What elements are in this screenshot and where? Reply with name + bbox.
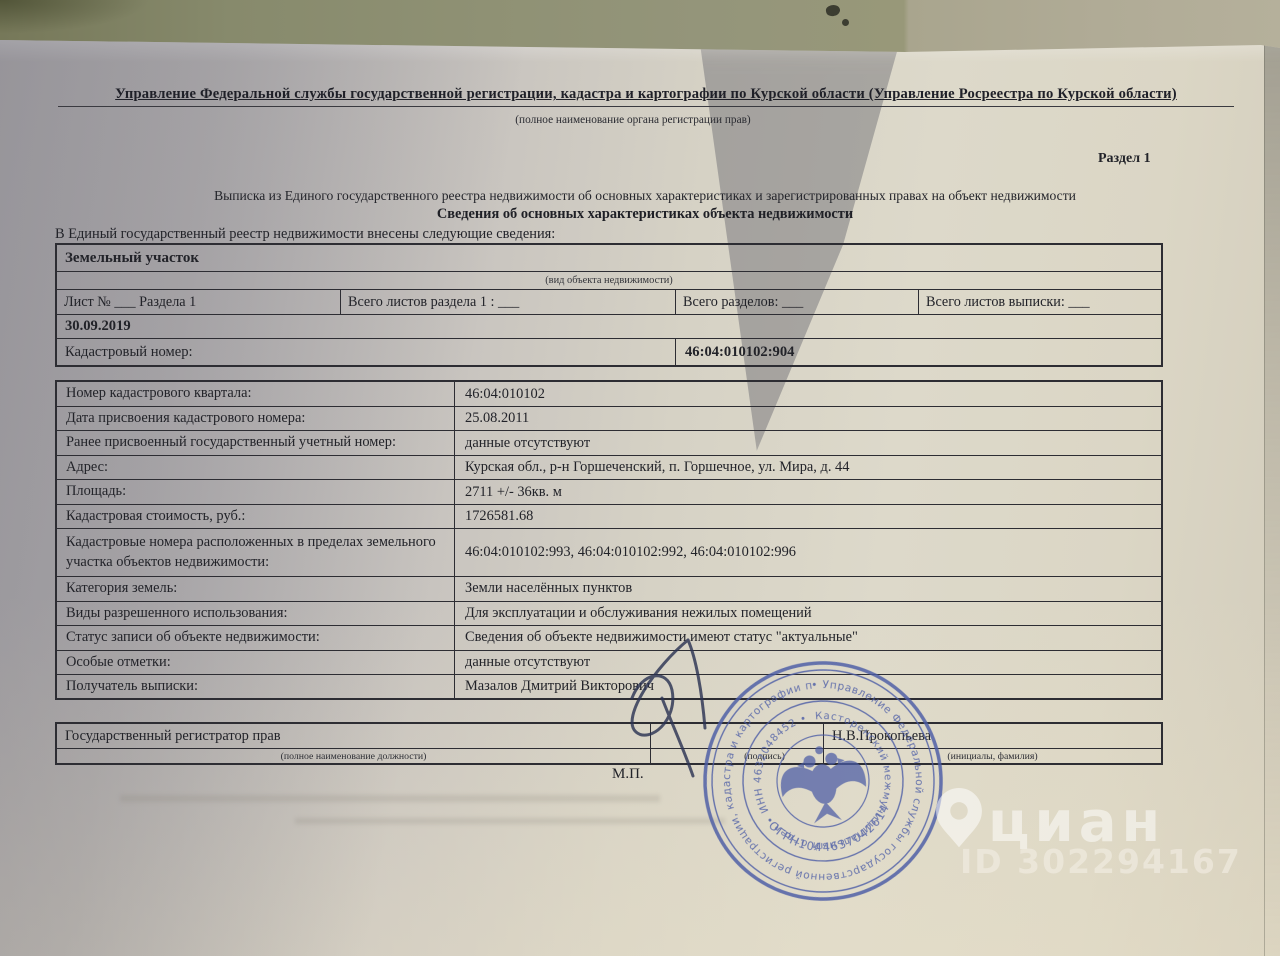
row-label: Дата присвоения кадастрового номера:: [57, 407, 454, 430]
registrar-position: Государственный регистратор прав: [57, 724, 650, 748]
table-row: Категория земель: Земли населённых пункт…: [57, 576, 1161, 600]
row-label: Особые отметки:: [57, 651, 454, 674]
cadastral-number-label: Кадастровый номер:: [57, 339, 675, 365]
row-value: 25.08.2011: [454, 407, 1161, 430]
total-sections-cell: Всего разделов: ___: [675, 290, 918, 314]
extract-title-line1: Выписка из Единого государственного реес…: [60, 188, 1230, 204]
row-label: Кадастровые номера расположенных в преде…: [57, 529, 454, 576]
table-row: Адрес: Курская обл., р-н Горшеченский, п…: [57, 455, 1161, 479]
sheets-in-section-cell: Всего листов раздела 1 : ___: [340, 290, 675, 314]
object-type-caption-cell: (вид объекта недвижимости): [57, 271, 1161, 289]
row-value: Для эксплуатации и обслуживания нежилых …: [454, 602, 1161, 625]
row-label: Статус записи об объекте недвижимости:: [57, 626, 454, 649]
row-label: Номер кадастрового квартала:: [57, 382, 454, 406]
stamp-outer-ring-text: • Управление Федеральной службы государс…: [682, 638, 936, 899]
object-type-cell: Земельный участок: [57, 245, 1161, 271]
row-value: данные отсутствуют: [454, 431, 1161, 454]
document-photo: Управление Федеральной службы государств…: [0, 0, 1280, 956]
table-row: Ранее присвоенный государственный учетны…: [57, 430, 1161, 454]
table-row: Номер кадастрового квартала: 46:04:01010…: [57, 382, 1161, 406]
page-right-edge: [1264, 40, 1280, 956]
table-row: Дата присвоения кадастрового номера: 25.…: [57, 406, 1161, 430]
cadastral-number-row: Кадастровый номер: 46:04:010102:904: [57, 338, 1161, 365]
ink-bleed-mark: [120, 795, 660, 802]
row-value: 1726581.68: [454, 505, 1161, 528]
intro-line: В Единый государственный реестр недвижим…: [55, 226, 555, 243]
extract-date-cell: 30.09.2019: [57, 314, 1161, 338]
total-sheets-cell: Всего листов выписки: ___: [918, 290, 1161, 314]
row-value: 2711 +/- 36кв. м: [454, 480, 1161, 503]
table-row: Кадастровые номера расположенных в преде…: [57, 528, 1161, 576]
row-value: Курская обл., р-н Горшеченский, п. Горше…: [454, 456, 1161, 479]
position-caption: (полное наименование должности): [57, 749, 650, 763]
cian-pin-icon: [936, 788, 982, 850]
row-label: Ранее присвоенный государственный учетны…: [57, 431, 454, 454]
registration-authority-title: Управление Федеральной службы государств…: [58, 86, 1234, 107]
row-label: Кадастровая стоимость, руб.:: [57, 505, 454, 528]
debris-speck: [825, 4, 841, 18]
sheet-number-cell: Лист № ___ Раздела 1: [57, 290, 340, 314]
object-summary-table: Земельный участок (вид объекта недвижимо…: [55, 243, 1163, 367]
row-label: Виды разрешенного использования:: [57, 602, 454, 625]
registration-authority-caption: (полное наименование органа регистрации …: [58, 114, 1208, 126]
row-label: Адрес:: [57, 456, 454, 479]
official-round-stamp: • Управление Федеральной службы государс…: [682, 638, 964, 925]
table-row: Площадь: 2711 +/- 36кв. м: [57, 479, 1161, 503]
row-label: Категория земель:: [57, 577, 454, 600]
row-label: Площадь:: [57, 480, 454, 503]
row-value: Земли населённых пунктов: [454, 577, 1161, 600]
row-value: 46:04:010102:993, 46:04:010102:992, 46:0…: [454, 529, 1161, 576]
document-page: Управление Федеральной службы государств…: [0, 0, 1280, 956]
ink-bleed-mark: [295, 818, 725, 824]
table-row: Кадастровая стоимость, руб.: 1726581.68: [57, 504, 1161, 528]
table-row: Виды разрешенного использования: Для экс…: [57, 601, 1161, 625]
cadastral-number-value: 46:04:010102:904: [675, 339, 1161, 365]
cian-listing-id: ID 302294167: [960, 842, 1242, 881]
row-value: 46:04:010102: [454, 382, 1161, 406]
extract-title-line2: Сведения об основных характеристиках объ…: [60, 206, 1230, 223]
row-label: Получатель выписки:: [57, 675, 454, 698]
photo-corner-shadow: [0, 0, 150, 34]
sheet-counters-row: Лист № ___ Раздела 1 Всего листов раздел…: [57, 289, 1161, 314]
section-label: Раздел 1: [1098, 151, 1168, 167]
svg-text:• Управление Федеральной служб: • Управление Федеральной службы государс…: [682, 638, 936, 899]
debris-speck: [842, 19, 849, 26]
row-value: Сведения об объекте недвижимости имеют с…: [454, 626, 1161, 649]
